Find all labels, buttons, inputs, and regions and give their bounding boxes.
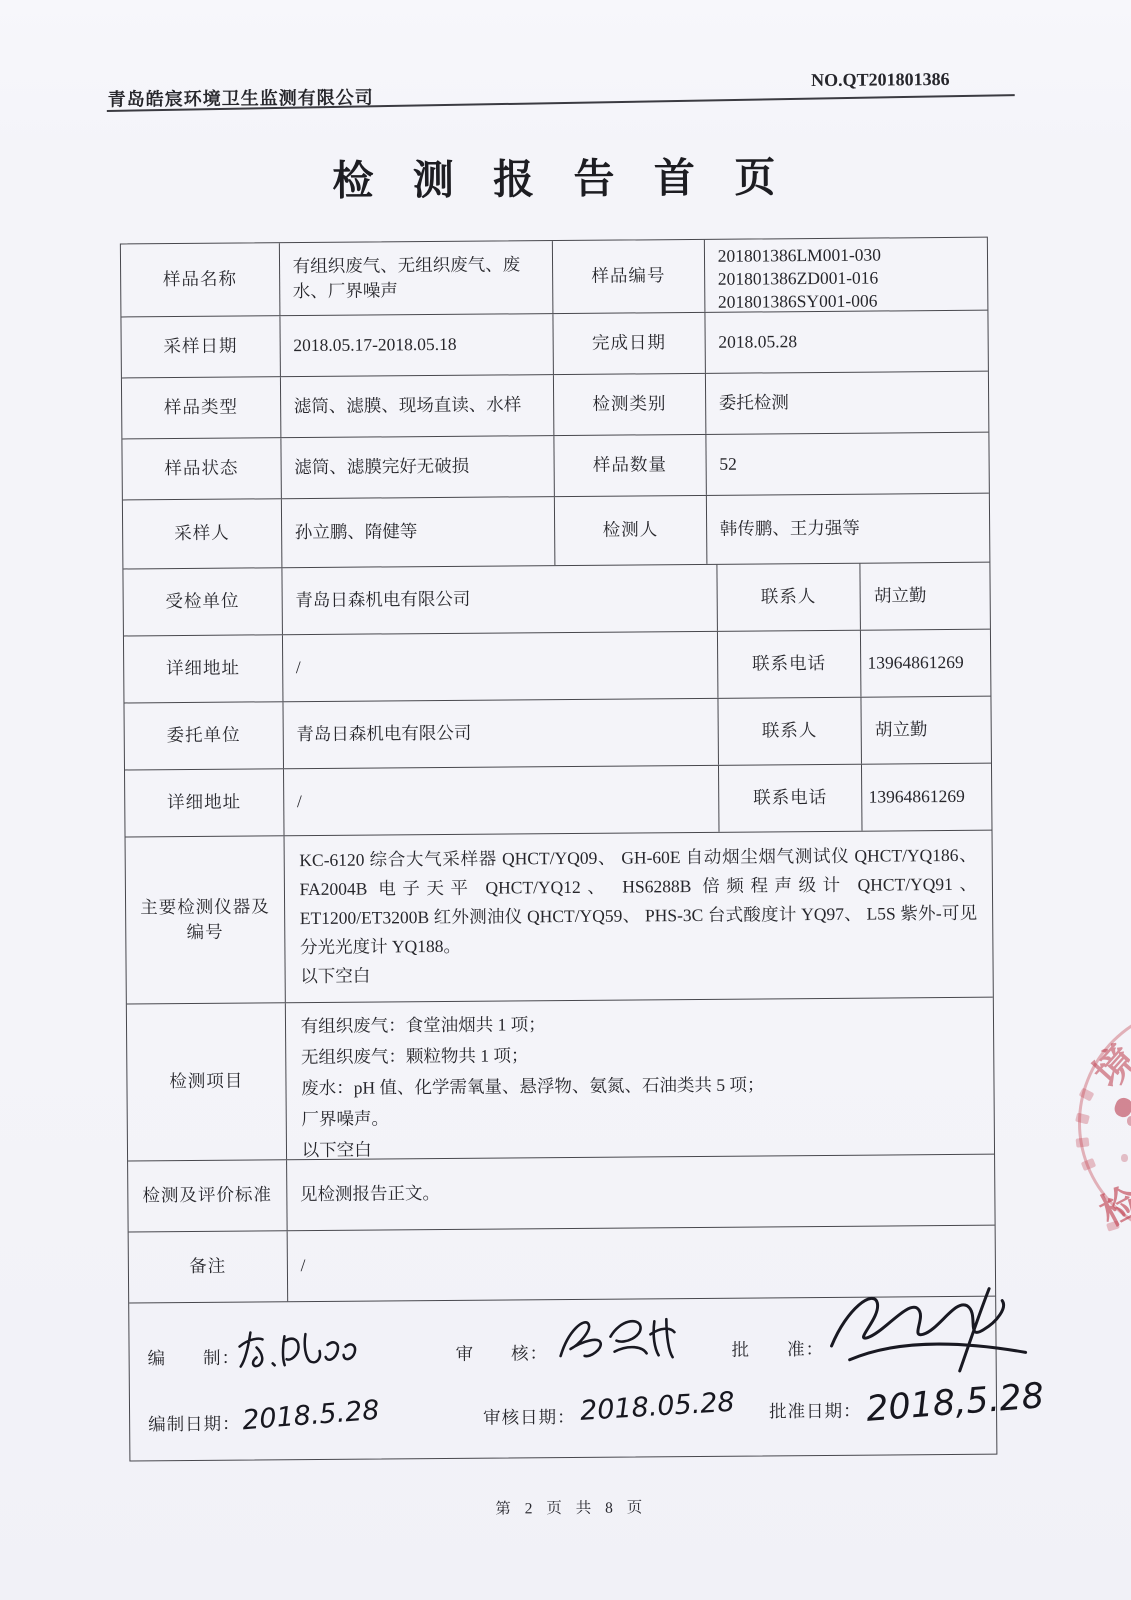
scanned-report-page: 青岛皓宸环境卫生监测有限公司 NO.QT201801386 检 测 报 告 首 … <box>0 0 1131 1600</box>
stamp-ink-speck <box>1121 1154 1128 1162</box>
sample-no-line-3: 201801386SY001-006 <box>718 290 878 314</box>
completion-date-label: 完成日期 <box>553 313 705 374</box>
table-row-personnel: 采样人 孙立鹏、隋健等 检测人 韩传鹏、王力强等 <box>123 493 990 569</box>
sample-count-label: 样品数量 <box>554 435 706 496</box>
table-row-sample-name: 样品名称 有组织废气、无组织废气、废水、厂界噪声 样品编号 201801386L… <box>121 238 988 317</box>
table-row-test-items: 检测项目 有组织废气：食堂油烟共 1 项； 无组织废气：颗粒物共 1 项； 废水… <box>127 997 994 1161</box>
inspected-contact-label: 联系人 <box>717 564 861 631</box>
approved-date-value: 2018,5.28 <box>865 1376 1046 1430</box>
sampler-value: 孙立鹏、隋健等 <box>282 497 556 567</box>
table-row-sample-status: 样品状态 滤筒、滤膜完好无破损 样品数量 52 <box>122 432 988 500</box>
test-category-value: 委托检测 <box>706 372 989 434</box>
sample-type-value: 滤筒、滤膜、现场直读、水样 <box>281 375 555 437</box>
sample-status-label: 样品状态 <box>122 438 281 499</box>
inspected-unit-label: 受检单位 <box>123 568 282 635</box>
client-phone-value: 13964861269 <box>862 764 991 831</box>
instruments-label: 主要检测仪器及编号 <box>126 836 286 1003</box>
reviewed-by-signature <box>553 1309 693 1372</box>
client-contact-value: 胡立勤 <box>862 697 991 764</box>
table-row-instruments: 主要检测仪器及编号 KC-6120 综合大气采样器 QHCT/YQ09、 GH-… <box>126 830 993 1004</box>
inspected-phone-value: 13964861269 <box>861 630 990 697</box>
sample-count-value: 52 <box>706 433 989 495</box>
instruments-value: KC-6120 综合大气采样器 QHCT/YQ09、 GH-60E 自动烟尘烟气… <box>284 831 993 1003</box>
sampling-date-label: 采样日期 <box>121 316 280 377</box>
sampling-date-value: 2018.05.17-2018.05.18 <box>280 314 554 376</box>
stamp-arc-mark <box>1081 1158 1096 1171</box>
prepared-date-value: 2018.5.28 <box>241 1395 380 1437</box>
sample-status-value: 滤筒、滤膜完好无破损 <box>281 436 555 498</box>
inspected-address-label: 详细地址 <box>124 635 283 702</box>
inspected-phone-label: 联系电话 <box>718 631 862 698</box>
client-unit-value: 青岛日森机电有限公司 <box>283 699 718 768</box>
table-row-dates: 采样日期 2018.05.17-2018.05.18 完成日期 2018.05.… <box>121 310 987 378</box>
approved-by-label: 批 准： <box>731 1336 824 1362</box>
sample-type-label: 样品类型 <box>122 377 281 438</box>
sample-name-label: 样品名称 <box>121 243 280 316</box>
sample-no-value: 201801386LM001-030 201801386ZD001-016 20… <box>705 238 988 312</box>
test-items-line-3: 废水：pH 值、化学需氧量、悬浮物、氨氮、石油类共 5 项； <box>301 1069 764 1104</box>
table-row-sample-type: 样品类型 滤筒、滤膜、现场直读、水样 检测类别 委托检测 <box>122 371 988 439</box>
inspected-contact-value: 胡立勤 <box>861 563 990 630</box>
approved-date-label: 批准日期： <box>769 1398 862 1424</box>
sample-no-label: 样品编号 <box>553 240 705 313</box>
table-row-client-unit: 委托单位 青岛日森机电有限公司 联系人 胡立勤 <box>124 696 990 770</box>
page-content: 青岛皓宸环境卫生监测有限公司 NO.QT201801386 检 测 报 告 首 … <box>0 0 1131 1600</box>
test-items-line-2: 无组织废气：颗粒物共 1 项； <box>301 1040 529 1073</box>
remarks-label: 备注 <box>129 1231 288 1302</box>
test-items-label: 检测项目 <box>127 1003 287 1160</box>
stamp-arc-mark <box>1076 1137 1090 1147</box>
client-address-label: 详细地址 <box>125 769 284 836</box>
table-row-standards: 检测及评价标准 见检测报告正文。 <box>128 1154 995 1232</box>
sampler-label: 采样人 <box>123 499 282 568</box>
inspected-unit-value: 青岛日森机电有限公司 <box>282 565 717 634</box>
reviewed-date-label: 审核日期： <box>483 1404 576 1430</box>
report-table: 样品名称 有组织废气、无组织废气、废水、厂界噪声 样品编号 201801386L… <box>120 237 998 1462</box>
table-row-client-address: 详细地址 / 联系电话 13964861269 <box>125 763 991 837</box>
test-items-line-4: 厂界噪声。 <box>301 1103 389 1135</box>
approved-by-signature <box>817 1278 1048 1380</box>
prepared-date-label: 编制日期： <box>148 1411 241 1437</box>
client-phone-label: 联系电话 <box>719 765 863 832</box>
test-items-value: 有组织废气：食堂油烟共 1 项； 无组织废气：颗粒物共 1 项； 废水：pH 值… <box>285 998 994 1160</box>
stamp-arc-mark <box>1079 1087 1095 1101</box>
instruments-text: KC-6120 综合大气采样器 QHCT/YQ09、 GH-60E 自动烟尘烟气… <box>299 841 977 962</box>
reviewed-by-label: 审 核： <box>455 1340 548 1366</box>
inspected-address-value: / <box>283 632 718 701</box>
reviewed-date-value: 2018.05.28 <box>579 1387 735 1427</box>
page-number: 第 2 页 共 8 页 <box>6 1492 1131 1523</box>
test-category-label: 检测类别 <box>554 374 706 435</box>
standards-value: 见检测报告正文。 <box>287 1155 995 1231</box>
client-contact-label: 联系人 <box>718 698 862 765</box>
sample-no-line-1: 201801386LM001-030 <box>718 244 882 268</box>
sample-name-value: 有组织废气、无组织废气、废水、厂界噪声 <box>280 241 554 315</box>
prepared-by-signature <box>231 1324 371 1379</box>
standards-label: 检测及评价标准 <box>128 1160 287 1231</box>
report-number: NO.QT201801386 <box>811 69 950 91</box>
tester-label: 检测人 <box>555 496 707 565</box>
completion-date-value: 2018.05.28 <box>705 311 988 373</box>
prepared-by-label: 编 制： <box>148 1345 241 1371</box>
sample-no-line-2: 201801386ZD001-016 <box>718 267 879 291</box>
test-items-line-1: 有组织废气：食堂油烟共 1 项； <box>301 1009 546 1042</box>
stamp-star-fragment <box>1127 1116 1131 1126</box>
client-address-value: / <box>284 766 719 835</box>
stamp-arc-mark <box>1075 1113 1090 1125</box>
page-title: 检 测 报 告 首 页 <box>0 142 1127 210</box>
table-row-signoff: 编 制： 审 核： 批 准： 编制日期： 2018.5.28 审核日期： 201… <box>129 1296 996 1461</box>
tester-value: 韩传鹏、王力强等 <box>707 494 990 564</box>
client-unit-label: 委托单位 <box>124 702 283 769</box>
table-row-inspected-address: 详细地址 / 联系电话 13964861269 <box>124 629 990 703</box>
table-row-inspected-unit: 受检单位 青岛日森机电有限公司 联系人 胡立勤 <box>123 562 989 636</box>
instruments-blank-note: 以下空白 <box>300 962 370 992</box>
